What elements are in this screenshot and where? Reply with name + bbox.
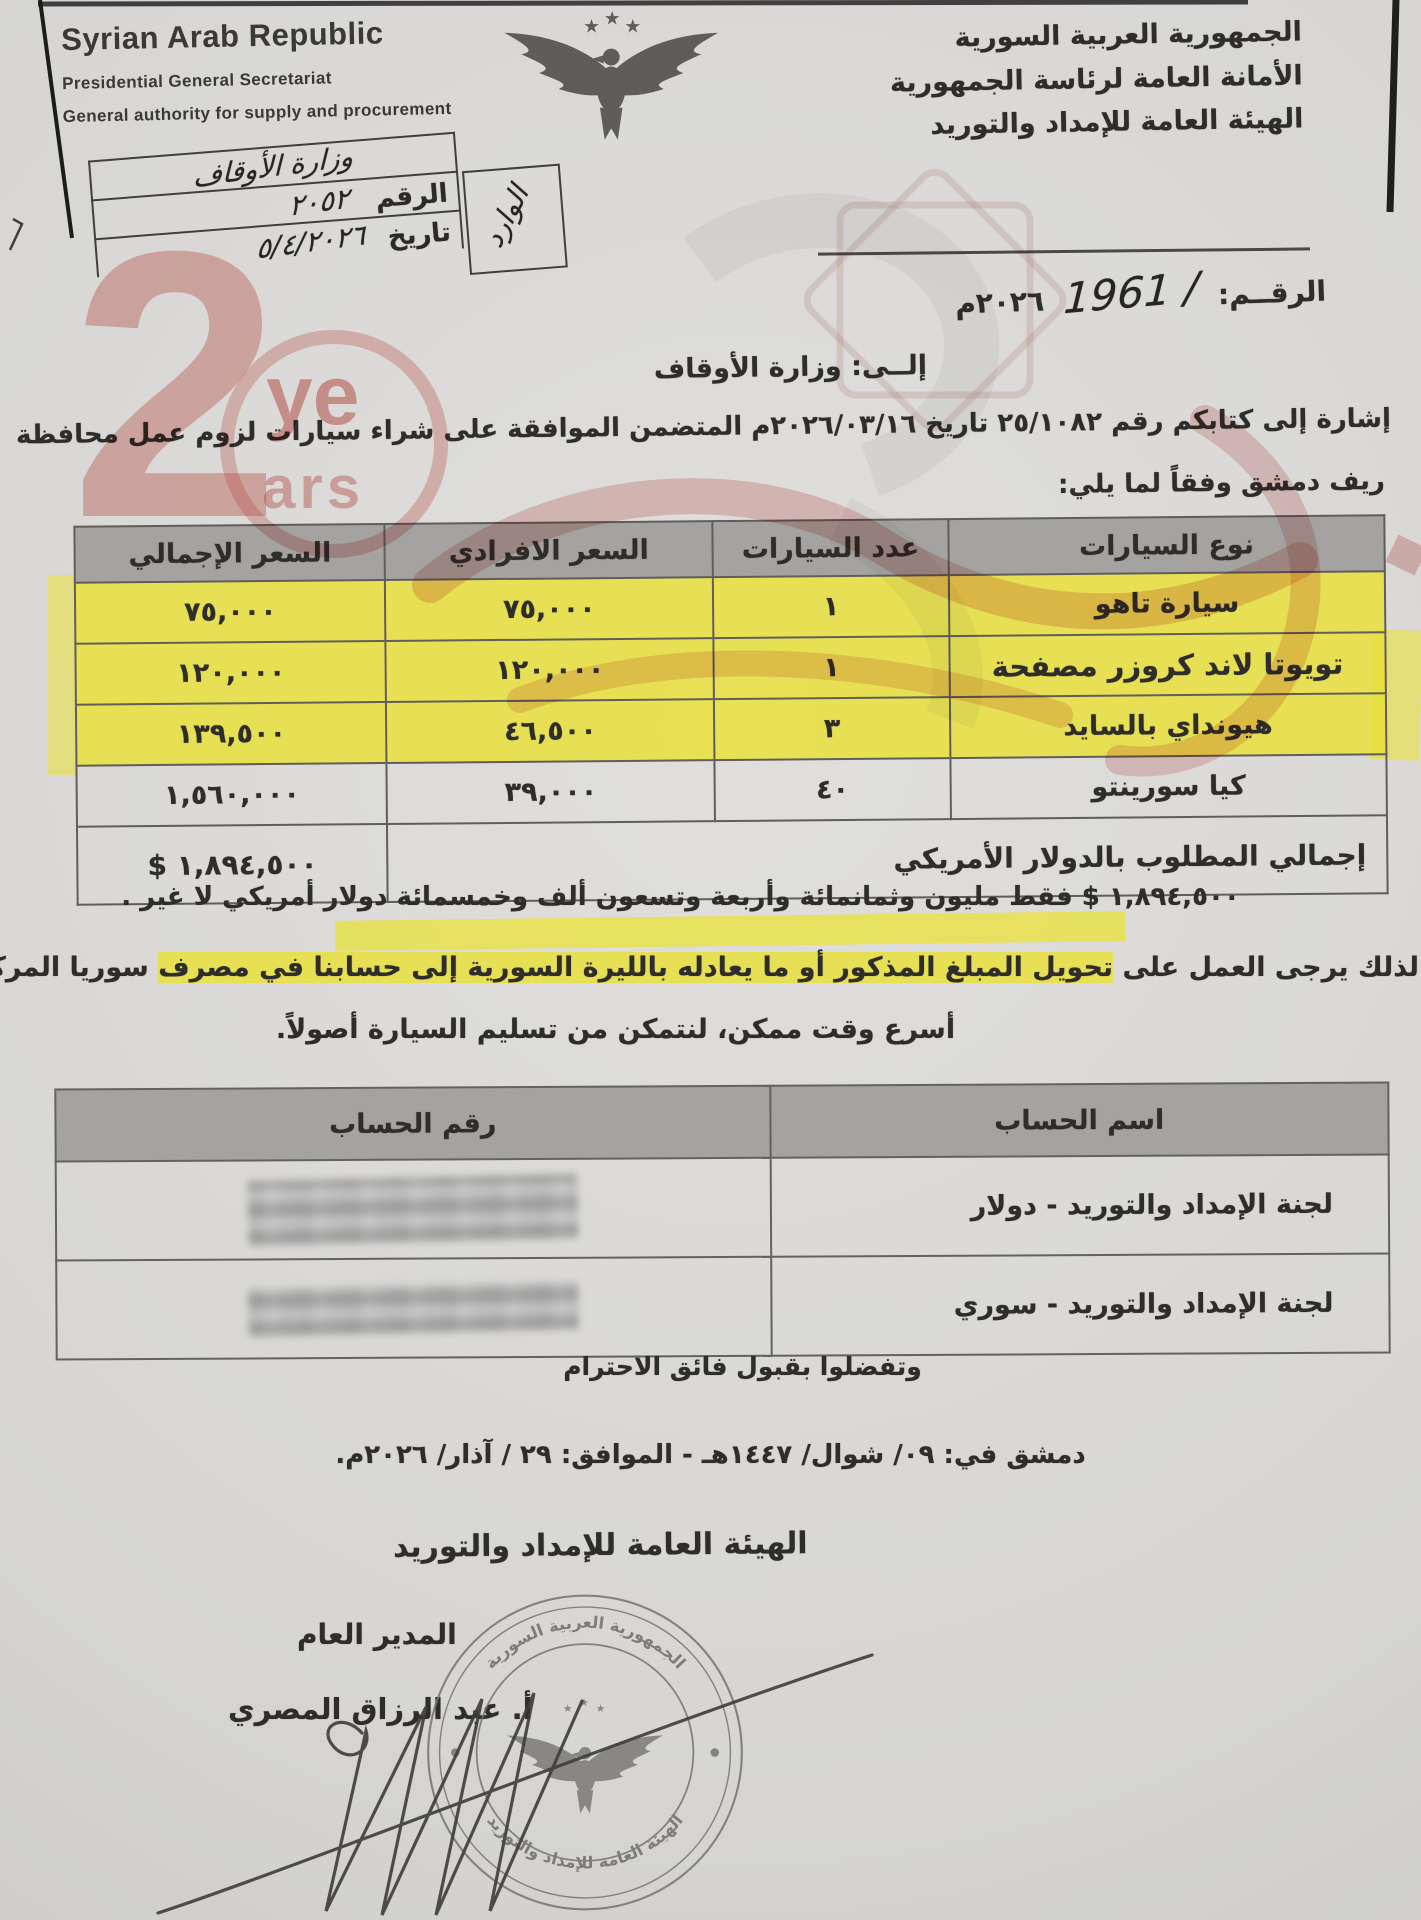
star-icon: ★ (583, 17, 600, 38)
col-vehicle-count: عدد السيارات (712, 519, 948, 577)
account-name-cell: لجنة الإمداد والتوريد - دولار (770, 1155, 1389, 1257)
vehicle-type-cell: تويوتا لاند كروزر مصفحة (949, 632, 1386, 697)
transfer-request-line2: أسرع وقت ممكن، لنتمكن من تسليم السيارة أ… (0, 1014, 1326, 1045)
transfer-request-line1: لذلك يرجى العمل على تحويل المبلغ المذكور… (0, 952, 1419, 983)
unit-price-cell: ١٢٠,٠٠٠ (386, 638, 714, 702)
total-price-cell: ١٣٩,٥٠٠ (76, 702, 387, 766)
table-header-row: اسم الحساب رقم الحساب (55, 1083, 1388, 1162)
highlighted-syrian-pound-text: بالليرة السورية (467, 952, 667, 983)
reference-label: الرقــم: (1217, 275, 1326, 312)
col-vehicle-type: نوع السيارات (948, 515, 1385, 575)
date-line: دمشق في: ٠٩/ شوال/ ١٤٤٧هـ - الموافق: ٢٩ … (0, 1440, 1421, 1470)
news-watermark-logo: 2 ye ars (70, 235, 430, 675)
account-name-cell: لجنة الإمداد والتوريد - سوري (771, 1254, 1390, 1356)
header-divider-line (818, 247, 1310, 255)
unit-price-cell: ٣٩,٠٠٠ (387, 760, 715, 824)
reference-number-line: الرقــم: 1961 / ٢٠٢٦م (954, 262, 1326, 324)
account-number-cell (56, 1158, 771, 1261)
vehicle-count-cell: ١ (713, 575, 949, 638)
arabic-letterhead: الجمهورية العربية السورية الأمانة العامة… (889, 10, 1304, 148)
english-secretariat-line: Presidential General Secretariat (62, 66, 451, 94)
handwritten-signature (130, 1615, 930, 1920)
col-unit-price: السعر الافرادي (385, 521, 713, 580)
english-country-title: Syrian Arab Republic (61, 14, 450, 58)
highlighted-central-bank-text: مصرف (158, 952, 249, 983)
table-row: لجنة الإمداد والتوريد - دولار (56, 1155, 1390, 1261)
arabic-authority-line: الهيئة العامة للإمداد والتوريد (891, 98, 1304, 149)
vehicle-type-cell: سيارة تاهو (949, 571, 1386, 636)
english-letterhead: Syrian Arab Republic Presidential Genera… (61, 14, 452, 140)
bank-accounts-table: اسم الحساب رقم الحساب لجنة الإمداد والتو… (54, 1082, 1390, 1361)
table-row: كيا سورينتو ٤٠ ٣٩,٠٠٠ ١,٥٦٠,٠٠٠ (76, 754, 1386, 826)
star-icon: ★ (624, 17, 641, 38)
redacted-account-number (248, 1280, 579, 1335)
unit-price-cell: ٤٦,٥٠٠ (386, 699, 714, 763)
closing-courtesy-line: وتفضلوا بقبول فائق الاحترام (32, 1352, 1421, 1381)
intro-paragraph-line2: ريف دمشق وفقاً لما يلي: (1058, 466, 1385, 500)
amount-in-words-line: ١,٨٩٤,٥٠٠ $ فقط مليون وثمانمائة وأربعة و… (0, 882, 1391, 912)
total-price-cell: ١,٥٦٠,٠٠٠ (76, 763, 387, 827)
signing-organization: الهيئة العامة للإمداد والتوريد (393, 1526, 808, 1565)
reference-number-handwritten: 1961 / (1062, 262, 1199, 323)
english-authority-line: General authority for supply and procure… (63, 99, 452, 127)
table-row: هيونداي بالسايد ٣ ٤٦,٥٠٠ ١٣٩,٥٠٠ (76, 693, 1386, 765)
highlighter-strip (335, 911, 1125, 951)
vehicle-count-cell: ٣ (714, 697, 950, 760)
vehicle-count-cell: ١ (713, 636, 949, 699)
col-account-name: اسم الحساب (770, 1083, 1389, 1158)
received-stamp-inbound-box: الوارد (462, 164, 568, 275)
arabic-secretariat-line: الأمانة العامة لرئاسة الجمهورية (890, 54, 1303, 105)
unit-price-cell: ٧٥,٠٠٠ (385, 577, 713, 641)
vehicle-count-cell: ٤٠ (714, 758, 950, 821)
vehicle-type-cell: كيا سورينتو (950, 754, 1387, 819)
account-number-cell (56, 1257, 771, 1360)
redacted-account-number (248, 1173, 579, 1244)
vehicle-type-cell: هيونداي بالسايد (950, 693, 1387, 758)
eagle-emblem-icon: ★ ★ ★ (495, 8, 720, 153)
reference-year: ٢٠٢٦م (955, 284, 1045, 320)
col-account-number: رقم الحساب (55, 1086, 770, 1162)
arabic-country-title: الجمهورية العربية السورية (889, 10, 1302, 61)
watermark-ye-text: ye (266, 347, 359, 444)
table-row: لجنة الإمداد والتوريد - سوري (56, 1254, 1390, 1360)
watermark-ars-text: ars (262, 453, 364, 522)
star-icon: ★ (604, 8, 621, 29)
scanned-letter-page: 2 ye ars Syrian Arab Republic Presidenti… (0, 0, 1421, 1920)
